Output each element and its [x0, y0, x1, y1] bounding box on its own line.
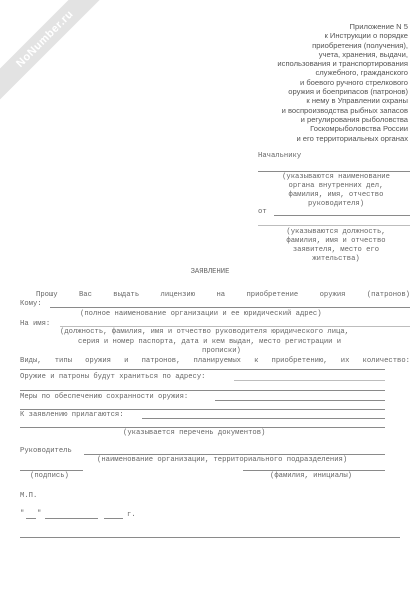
- types-line: Виды, типы оружия и патронов, планируемы…: [20, 357, 410, 365]
- addressee-from-label: от: [258, 208, 267, 216]
- types-field[interactable]: [20, 369, 385, 370]
- addressee-from-field[interactable]: [274, 215, 410, 216]
- addressee-to-field[interactable]: [258, 171, 410, 172]
- date-month-field[interactable]: [45, 518, 98, 519]
- appendix-line: к нему в Управлении охраны: [208, 96, 408, 105]
- appendix-line: Госкомрыболовства России: [208, 124, 408, 133]
- appendix-line: Приложение N 5: [208, 22, 408, 31]
- attach-label: К заявлению прилагаются:: [20, 411, 124, 419]
- safety-field-2[interactable]: [20, 409, 385, 410]
- addressee-to-label: Начальнику: [258, 152, 301, 160]
- date-year-field[interactable]: [104, 518, 123, 519]
- safety-label: Меры по обеспечению сохранности оружия:: [20, 393, 188, 401]
- addressee-from-hint: (указываются должность, фамилия, имя и о…: [258, 228, 414, 264]
- to-hint: (полное наименование организации и ее юр…: [80, 310, 322, 318]
- storage-label: Оружие и патроны будут храниться по адре…: [20, 373, 205, 381]
- appendix-line: использования и транспортирования: [208, 59, 408, 68]
- name-field[interactable]: [60, 326, 410, 327]
- attach-field[interactable]: [142, 418, 385, 419]
- name-label: На имя:: [20, 320, 50, 328]
- bottom-divider: [20, 537, 400, 538]
- appendix-line: к Инструкции о порядке: [208, 31, 408, 40]
- addressee-from-field-2[interactable]: [258, 225, 410, 226]
- appendix-line: и его территориальных органах: [208, 134, 408, 143]
- name-initials-field[interactable]: [243, 470, 385, 471]
- appendix-line: служебного, гражданского: [208, 68, 408, 77]
- appendix-line: и воспроизводства рыбных запасов: [208, 106, 408, 115]
- head-label: Руководитель: [20, 447, 72, 455]
- appendix-line: и регулирования рыболовства: [208, 115, 408, 124]
- request-line: Прошу Вас выдать лицензию на приобретени…: [36, 291, 410, 299]
- document-title: ЗАЯВЛЕНИЕ: [0, 268, 420, 276]
- appendix-line: учета, хранения, выдачи,: [208, 50, 408, 59]
- sign-field[interactable]: [20, 470, 83, 471]
- to-field[interactable]: [50, 307, 410, 308]
- name-hint: (должность, фамилия, имя и отчество руко…: [60, 328, 415, 357]
- name-initials-hint: (фамилия, инициалы): [270, 472, 352, 480]
- storage-field-2[interactable]: [20, 390, 385, 391]
- watermark: NoNumber.ru: [0, 0, 106, 100]
- sign-hint: (подпись): [30, 472, 69, 480]
- date-day-field[interactable]: [26, 518, 36, 519]
- to-label: Кому:: [20, 300, 42, 308]
- attach-field-2[interactable]: [20, 427, 385, 428]
- safety-field[interactable]: [215, 400, 385, 401]
- date-quote-close: ": [37, 510, 41, 518]
- appendix-line: оружия и боеприпасов (патронов): [208, 87, 408, 96]
- appendix-line: приобретения (получения),: [208, 41, 408, 50]
- storage-field[interactable]: [234, 380, 385, 381]
- head-org-field[interactable]: [84, 454, 385, 455]
- addressee-to-hint: (указываются наименование органа внутрен…: [258, 173, 414, 209]
- date-quote-open: ": [20, 510, 24, 518]
- stamp-label: М.П.: [20, 492, 37, 500]
- org-hint: (наименование организации, территориальн…: [97, 456, 347, 464]
- attach-hint: (указывается перечень документов): [123, 429, 265, 437]
- appendix-line: и боевого ручного стрелкового: [208, 78, 408, 87]
- appendix-header: Приложение N 5 к Инструкции о порядке пр…: [208, 22, 408, 143]
- date-year-suffix: г.: [127, 511, 136, 519]
